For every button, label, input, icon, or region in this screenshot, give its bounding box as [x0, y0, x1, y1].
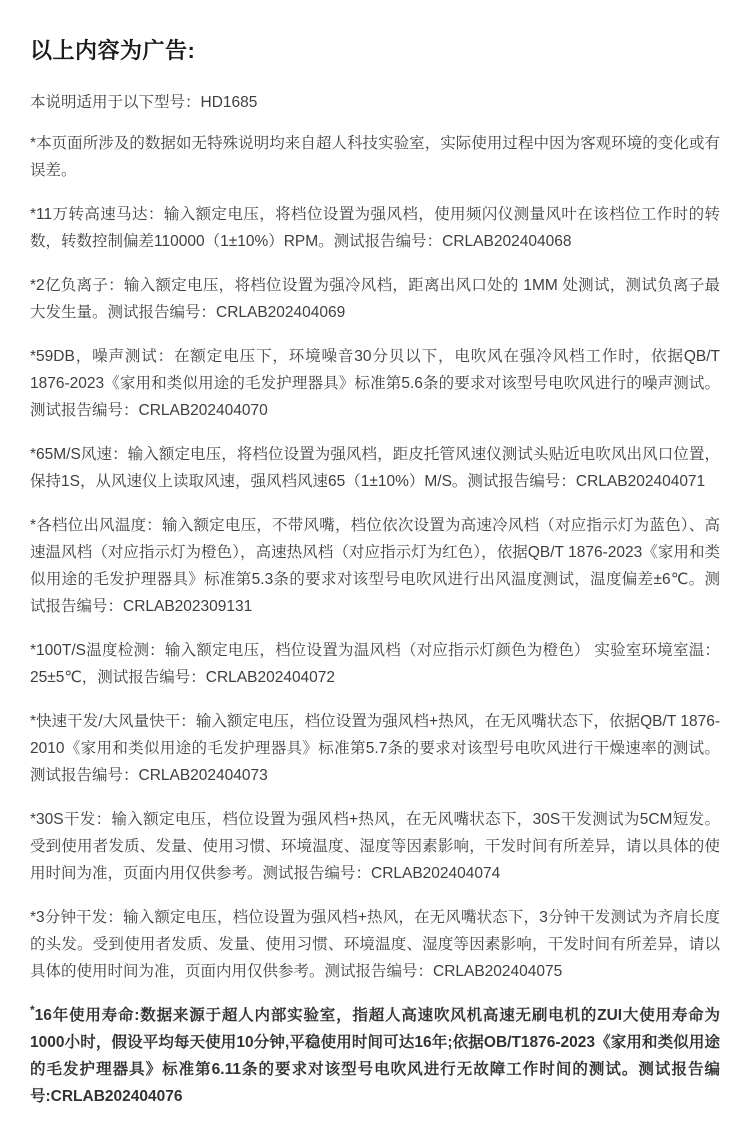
disclaimer-paragraph-fast-drying: *快速干发/大风量快干：输入额定电压，档位设置为强风档+热风，在无风嘴状态下，依…: [30, 708, 720, 789]
disclaimer-paragraph-wind-speed: *65M/S风速：输入额定电压，将档位设置为强风档，距皮托管风速仪测试头贴近电吹…: [30, 441, 720, 495]
model-applicability-line: 本说明适用于以下型号：HD1685: [30, 89, 720, 116]
disclaimer-paragraph-outlet-temperature: *各档位出风温度：输入额定电压，不带风嘴，档位依次设置为高速冷风档（对应指示灯为…: [30, 512, 720, 620]
disclaimer-paragraph-temperature-detection: *100T/S温度检测：输入额定电压，档位设置为温风档（对应指示灯颜色为橙色） …: [30, 637, 720, 691]
footnote-text: 16年使用寿命:数据来源于超人内部实验室，指超人高速吹风机高速无刷电机的ZUI大…: [30, 1007, 720, 1105]
disclaimer-paragraph-3min-drying: *3分钟干发：输入额定电压，档位设置为强风档+热风，在无风嘴状态下，3分钟干发测…: [30, 904, 720, 985]
disclaimer-page: 以上内容为广告: 本说明适用于以下型号：HD1685 *本页面所涉及的数据如无特…: [30, 34, 720, 1110]
disclaimer-paragraph-30s-drying: *30S干发：输入额定电压，档位设置为强风档+热风，在无风嘴状态下，30S干发测…: [30, 806, 720, 887]
disclaimer-paragraph-negative-ions: *2亿负离子：输入额定电压，将档位设置为强冷风档，距离出风口处的 1MM 处测试…: [30, 272, 720, 326]
disclaimer-paragraph-data-source: *本页面所涉及的数据如无特殊说明均来自超人科技实验室，实际使用过程中因为客观环境…: [30, 130, 720, 184]
page-title: 以上内容为广告:: [30, 34, 720, 65]
disclaimer-paragraph-noise-test: *59DB，噪声测试：在额定电压下，环境噪音30分贝以下，电吹风在强冷风档工作时…: [30, 343, 720, 424]
disclaimer-paragraph-service-life: *16年使用寿命:数据来源于超人内部实验室，指超人高速吹风机高速无刷电机的ZUI…: [30, 1002, 720, 1110]
disclaimer-paragraph-motor-speed: *11万转高速马达：输入额定电压，将档位设置为强风档，使用频闪仪测量风叶在该档位…: [30, 201, 720, 255]
